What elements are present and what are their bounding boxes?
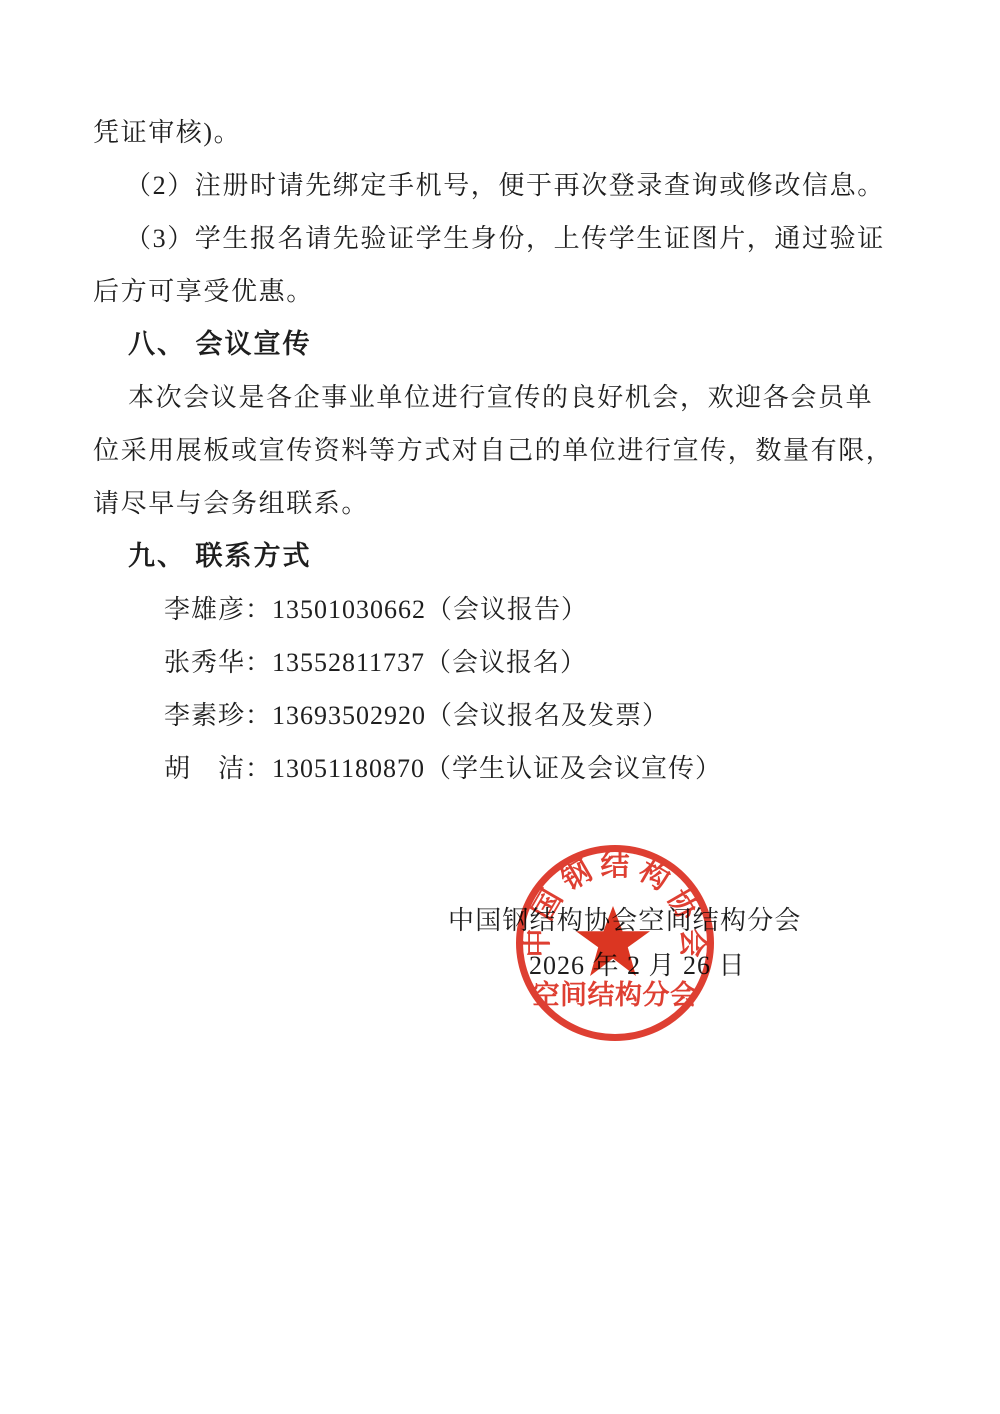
seal-arc-char: 会 [676, 927, 708, 959]
doc-line: （3）学生报名请先验证学生身份，上传学生证图片，通过验证 [125, 212, 910, 265]
doc-line: 后方可享受优惠。 [93, 265, 910, 318]
doc-line: （2）注册时请先绑定手机号，便于再次登录查询或修改信息。 [125, 159, 910, 212]
document-page: 凭证审核)。 （2）注册时请先绑定手机号，便于再次登录查询或修改信息。 （3）学… [0, 0, 1000, 1414]
seal-arc-char: 结 [599, 850, 631, 882]
section-heading-9: 九、 联系方式 [128, 530, 910, 583]
section-heading-8: 八、 会议宣传 [128, 318, 910, 371]
seal-arc-char: 中 [522, 927, 554, 959]
seal-arc-char: 国 [526, 883, 570, 927]
seal-arc-char: 钢 [555, 854, 599, 898]
seal-arc-char: 协 [660, 883, 704, 927]
contact-line: 李雄彦：13501030662（会议报告） [164, 583, 910, 636]
seal-arc-char: 构 [632, 854, 676, 898]
contact-line: 李素珍：13693502920（会议报名及发票） [164, 689, 910, 742]
doc-line: 本次会议是各企事业单位进行宣传的良好机会，欢迎各会员单 [128, 371, 910, 424]
official-seal: 中国钢结构协会 空间结构分会 [516, 845, 714, 1041]
contact-line: 张秀华：13552811737（会议报名） [164, 636, 910, 689]
doc-line: 位采用展板或宣传资料等方式对自己的单位进行宣传，数量有限， [93, 424, 910, 477]
seal-bottom-text: 空间结构分会 [523, 979, 707, 1011]
contact-line: 胡 洁：13051180870（学生认证及会议宣传） [164, 742, 910, 795]
document-body: 凭证审核)。 （2）注册时请先绑定手机号，便于再次登录查询或修改信息。 （3）学… [93, 106, 910, 795]
doc-line: 凭证审核)。 [93, 106, 910, 159]
doc-line: 请尽早与会务组联系。 [93, 477, 910, 530]
